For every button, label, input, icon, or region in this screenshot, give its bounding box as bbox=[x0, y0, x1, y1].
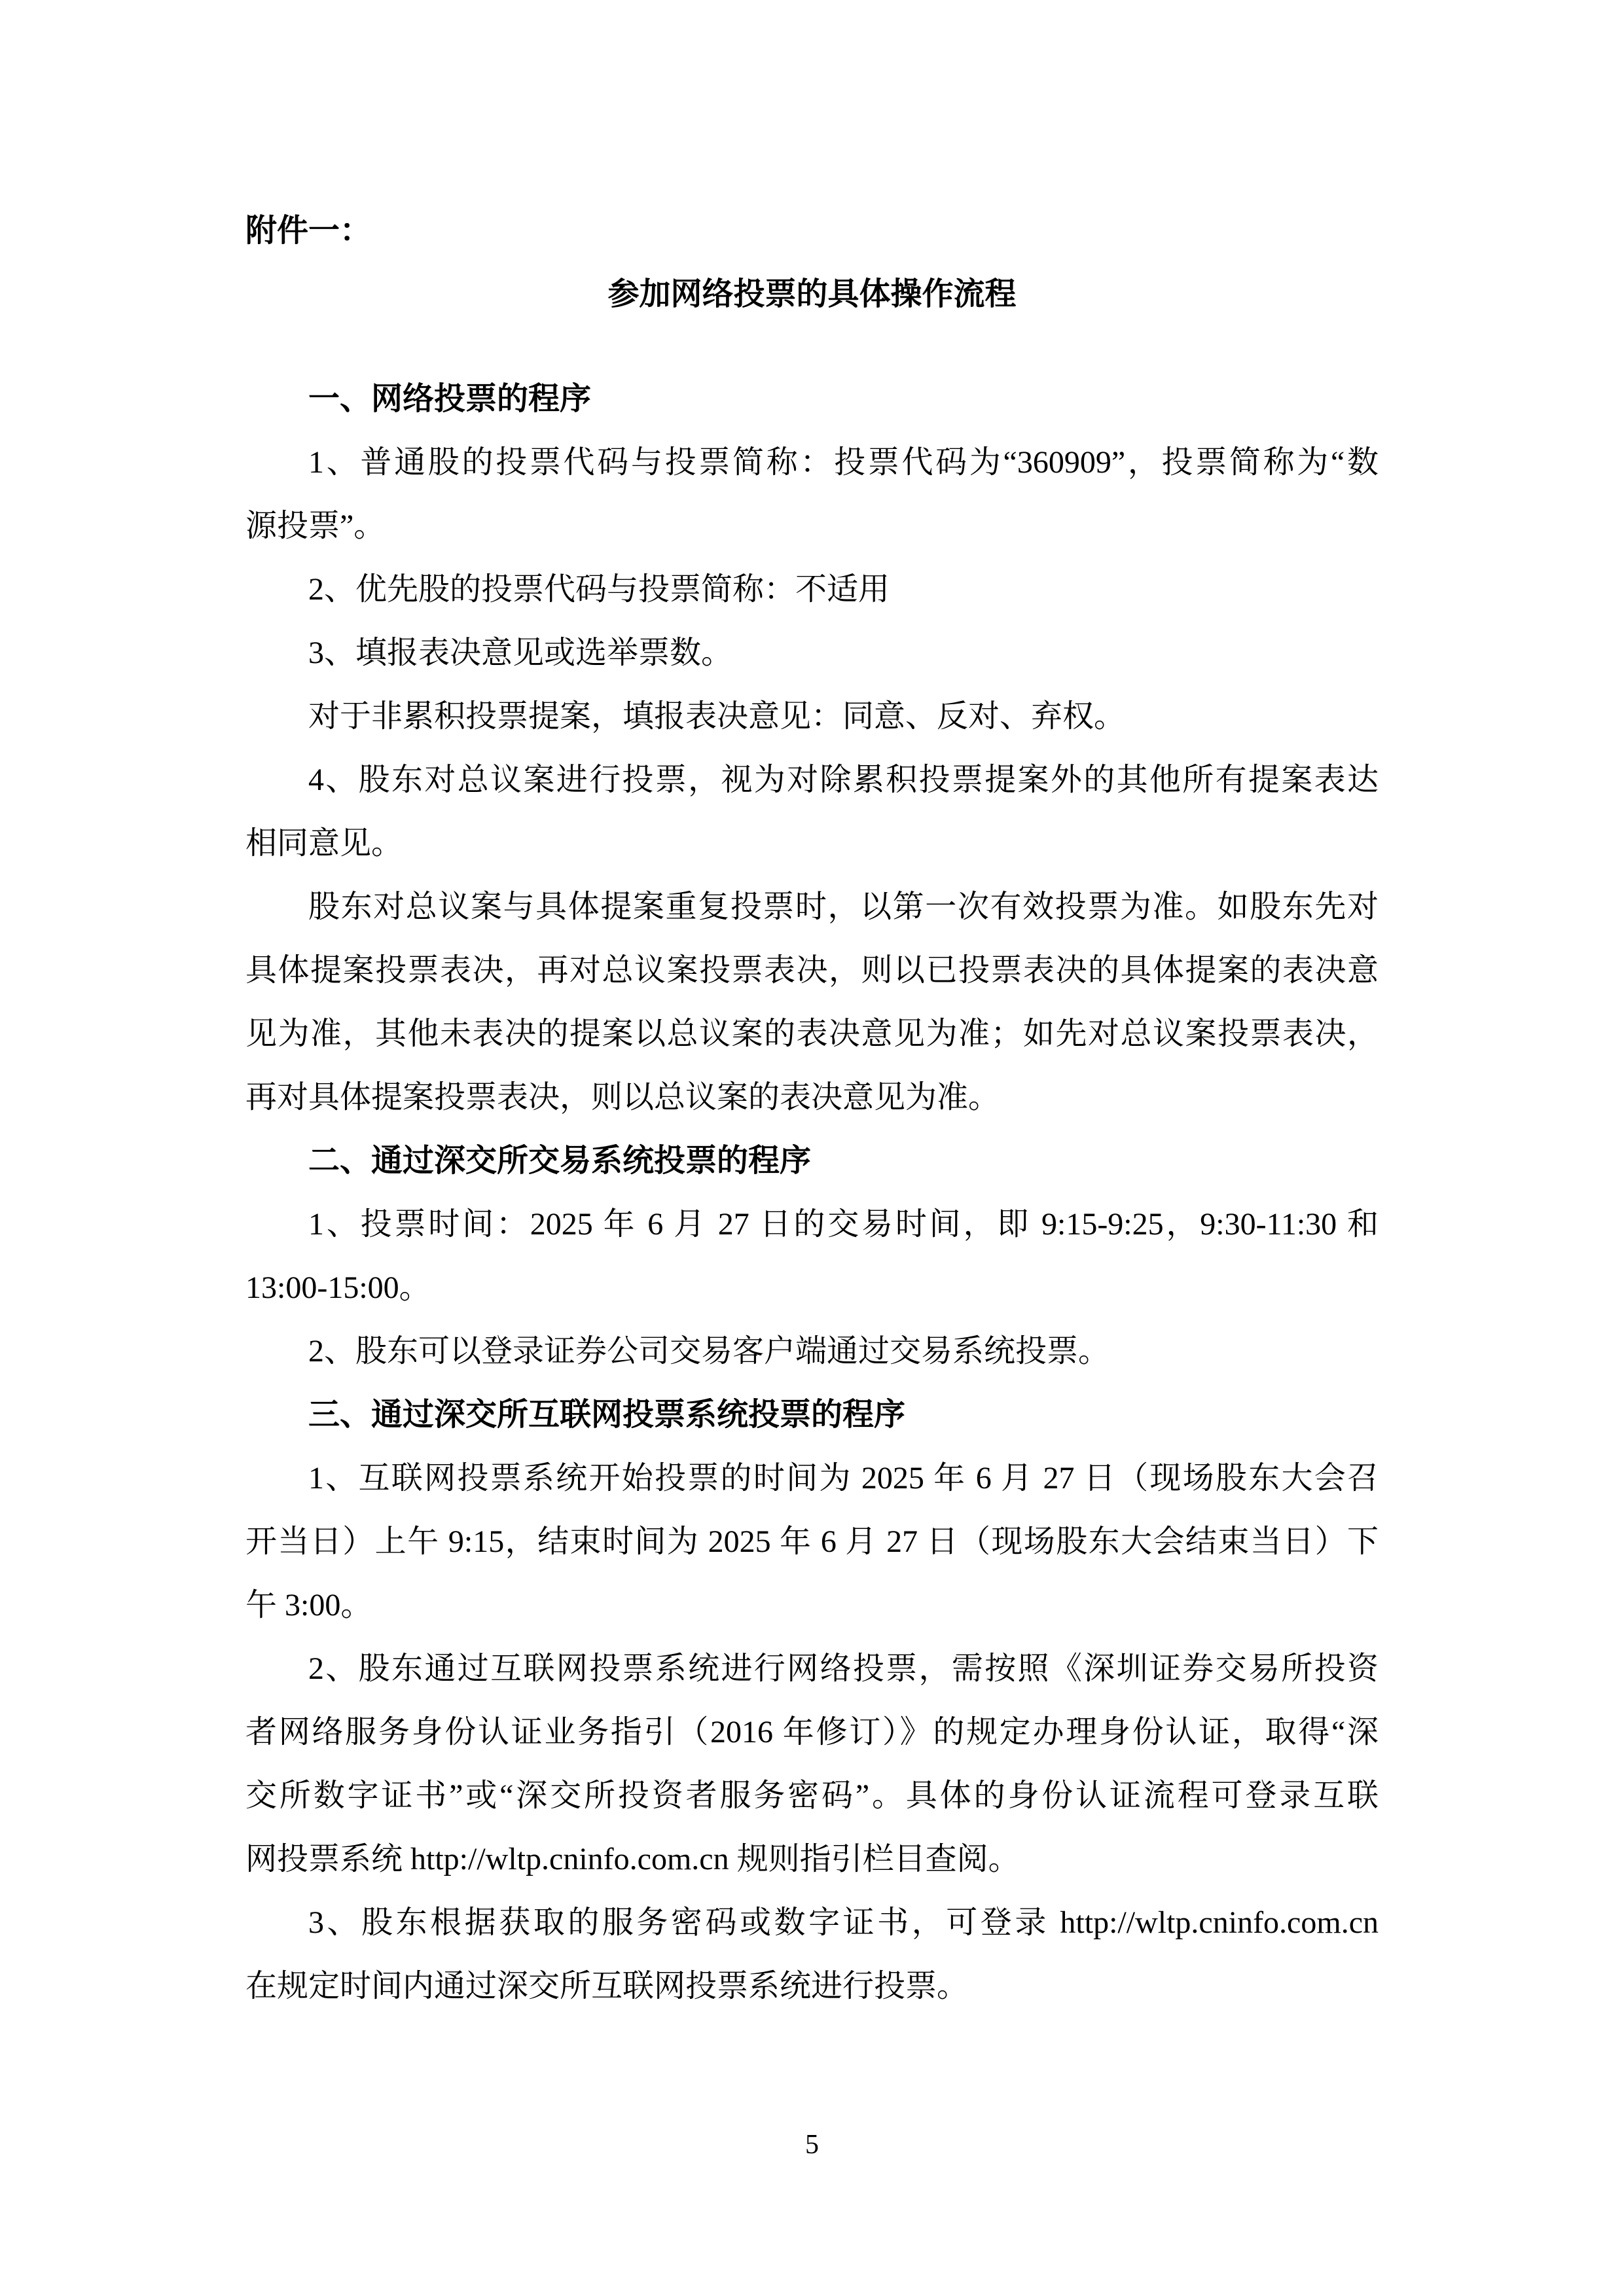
doc-line: 者网络服务身份认证业务指引（2016 年修订）》的规定办理身份认证，取得“深 bbox=[245, 1700, 1379, 1764]
doc-line: 2、股东通过互联网投票系统进行网络投票，需按照《深圳证券交易所投资 bbox=[245, 1637, 1379, 1700]
doc-line: 3、填报表决意见或选举票数。 bbox=[245, 621, 1379, 685]
doc-line: 源投票”。 bbox=[245, 494, 1379, 558]
doc-line: 2、优先股的投票代码与投票简称：不适用 bbox=[245, 558, 1379, 621]
doc-line: 见为准，其他未表决的提案以总议案的表决意见为准；如先对总议案投票表决， bbox=[245, 1002, 1379, 1066]
doc-line: 在规定时间内通过深交所互联网投票系统进行投票。 bbox=[245, 1954, 1379, 2018]
section-heading-1: 一、网络投票的程序 bbox=[245, 367, 1379, 431]
document-page: 附件一： 参加网络投票的具体操作流程 一、网络投票的程序 1、普通股的投票代码与… bbox=[0, 0, 1624, 2296]
doc-line: 4、股东对总议案进行投票，视为对除累积投票提案外的其他所有提案表达 bbox=[245, 748, 1379, 812]
doc-line: 1、普通股的投票代码与投票简称：投票代码为“360909”，投票简称为“数 bbox=[245, 431, 1379, 494]
document-title: 参加网络投票的具体操作流程 bbox=[245, 262, 1379, 326]
attachment-label: 附件一： bbox=[245, 199, 1379, 262]
section-heading-2: 二、通过深交所交易系统投票的程序 bbox=[245, 1129, 1379, 1193]
doc-line: 网投票系统 http://wltp.cninfo.com.cn 规则指引栏目查阅… bbox=[245, 1827, 1379, 1891]
section-heading-3: 三、通过深交所互联网投票系统投票的程序 bbox=[245, 1383, 1379, 1446]
doc-line: 13:00-15:00。 bbox=[245, 1256, 1379, 1319]
doc-line: 1、投票时间：2025 年 6 月 27 日的交易时间，即 9:15-9:25，… bbox=[245, 1193, 1379, 1256]
doc-line: 交所数字证书”或“深交所投资者服务密码”。具体的身份认证流程可登录互联 bbox=[245, 1764, 1379, 1827]
doc-line: 对于非累积投票提案，填报表决意见：同意、反对、弃权。 bbox=[245, 685, 1379, 748]
doc-line: 具体提案投票表决，再对总议案投票表决，则以已投票表决的具体提案的表决意 bbox=[245, 939, 1379, 1002]
doc-line: 再对具体提案投票表决，则以总议案的表决意见为准。 bbox=[245, 1066, 1379, 1129]
title-spacer bbox=[245, 326, 1379, 367]
doc-line: 午 3:00。 bbox=[245, 1573, 1379, 1637]
doc-line: 3、股东根据获取的服务密码或数字证书，可登录 http://wltp.cninf… bbox=[245, 1891, 1379, 1954]
doc-line: 股东对总议案与具体提案重复投票时，以第一次有效投票为准。如股东先对 bbox=[245, 875, 1379, 939]
doc-line: 2、股东可以登录证券公司交易客户端通过交易系统投票。 bbox=[245, 1319, 1379, 1383]
page-number: 5 bbox=[0, 2113, 1624, 2177]
doc-line: 相同意见。 bbox=[245, 812, 1379, 875]
doc-line: 开当日）上午 9:15，结束时间为 2025 年 6 月 27 日（现场股东大会… bbox=[245, 1510, 1379, 1573]
doc-line: 1、互联网投票系统开始投票的时间为 2025 年 6 月 27 日（现场股东大会… bbox=[245, 1446, 1379, 1510]
